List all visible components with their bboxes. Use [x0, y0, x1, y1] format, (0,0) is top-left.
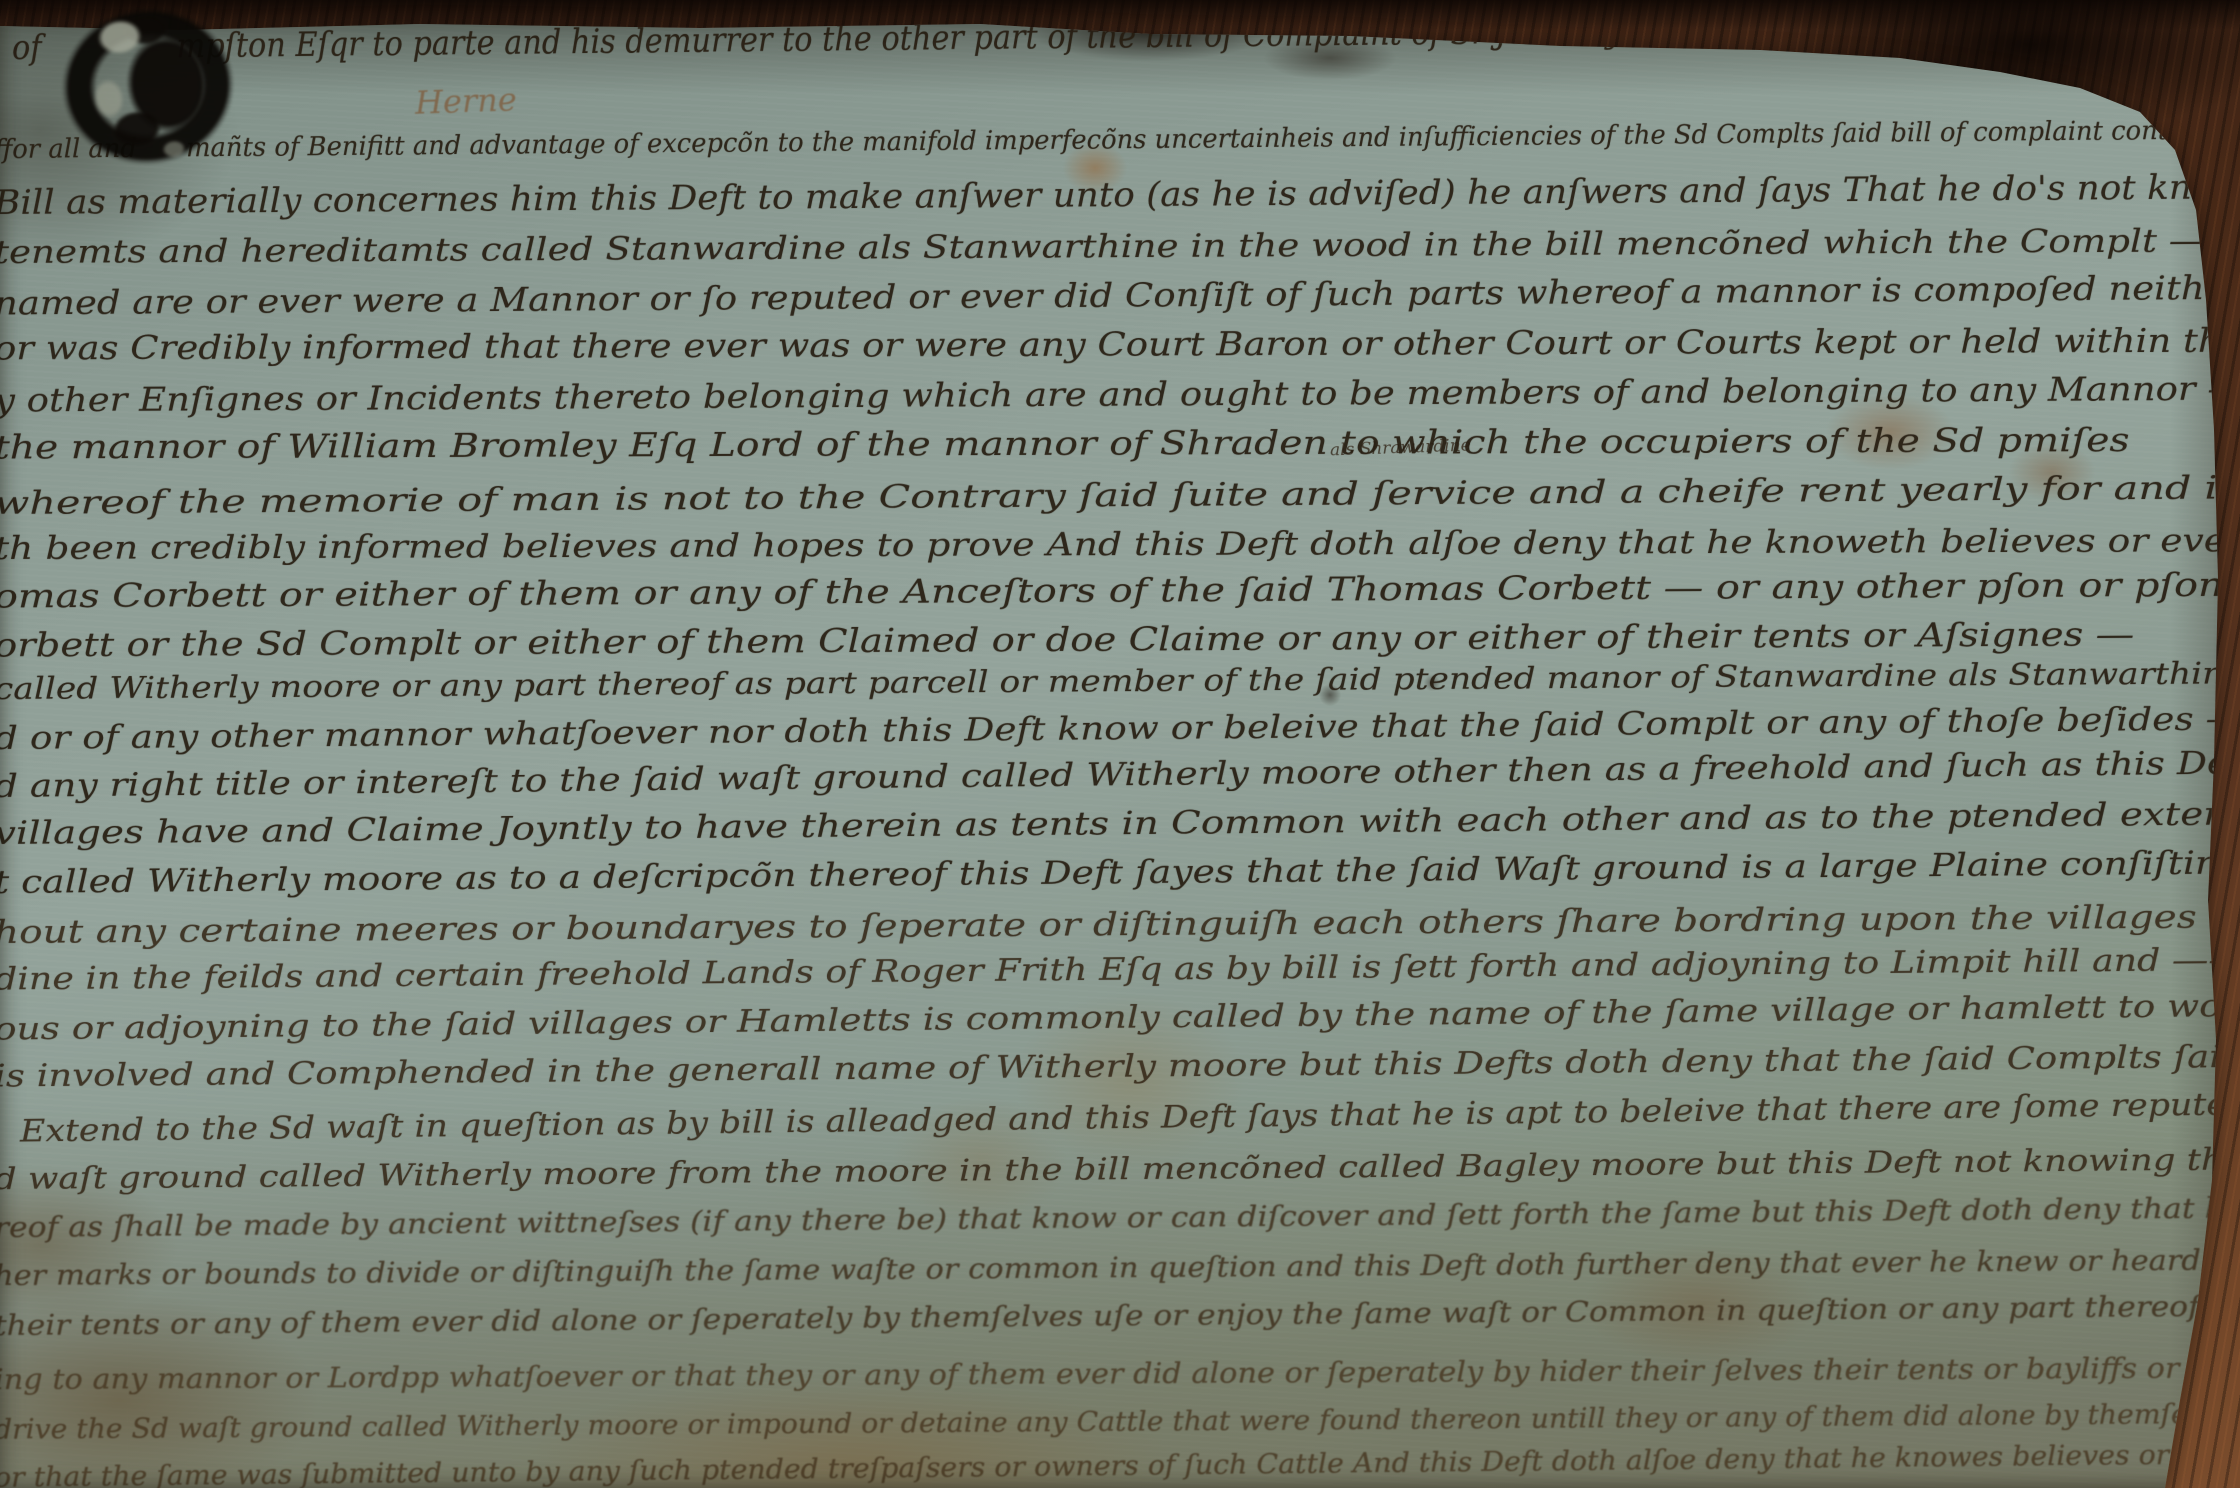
manuscript-line: called Witherly moore or any part thereo…	[0, 659, 2240, 705]
manuscript-line: whereof the memorie of man is not to the…	[0, 471, 2240, 519]
manuscript-line: d waſt ground called Witherly moore from…	[0, 1145, 2240, 1195]
manuscript-line: ing to any mannor or Lordpp whatſoever o…	[0, 1354, 2240, 1394]
manuscript-line: hout any certaine meeres or boundaryes t…	[0, 900, 2240, 948]
manuscript-line: Bill as materially concernes him this De…	[0, 170, 2240, 220]
manuscript-line: villages have and Claime Joyntly to have…	[0, 797, 2240, 849]
parchment-wrap: Herne als Shrawardine of mpſton Eſqr to …	[0, 0, 2240, 1488]
manuscript-line: orbett or the Sd Complt or either of the…	[0, 617, 2134, 661]
manuscript-line: Extend to the Sd waſt in queſtion as by …	[20, 1089, 2240, 1147]
manuscript-line: t called Witherly moore as to a deſcripc…	[0, 846, 2240, 898]
manuscript-line: dine in the feilds and certain freehold …	[0, 945, 2240, 996]
manuscript-line: y other Enſignes or Incidents thereto be…	[0, 372, 2240, 417]
manuscript-line: ous or adjoyning to the ſaid villages or…	[0, 991, 2240, 1046]
manuscript-line: of mpſton Eſqr to parte and his demurrer…	[12, 10, 2063, 65]
circular-ink-stamp-icon	[44, 0, 253, 182]
manuscript-line: her marks or bounds to divide or diſting…	[0, 1246, 2240, 1290]
parchment-document: Herne als Shrawardine of mpſton Eſqr to …	[0, 0, 2240, 1488]
manuscript-line: their tents or any of them ever did alon…	[0, 1292, 2240, 1340]
wood-table-background: Herne als Shrawardine of mpſton Eſqr to …	[0, 0, 2240, 1488]
manuscript-line: omas Corbett or either of them or any of…	[0, 568, 2240, 613]
manuscript-line: is involved and Comphended in the genera…	[0, 1042, 2240, 1093]
manuscript-line: th been credibly informed believes and h…	[0, 524, 2240, 564]
manuscript-line: ffor all and mañts of Benifitt and advan…	[0, 117, 2240, 163]
marginal-note-herne: Herne	[414, 80, 517, 122]
manuscript-line: the mannor of William Bromley Eſq Lord o…	[0, 423, 2130, 463]
manuscript-line: reof as ſhall be made by ancient wittneſ…	[0, 1194, 2240, 1242]
manuscript-line: or was Credibly informed that there ever…	[0, 324, 2240, 365]
manuscript-line: tenemts and hereditamts called Stanwardi…	[0, 224, 2240, 268]
manuscript-line: d any right title or intereſt to the ſai…	[0, 746, 2240, 802]
manuscript-line: or that the ſame was ſubmitted unto by a…	[0, 1441, 2240, 1488]
manuscript-line: named are or ever were a Mannor or ſo re…	[0, 271, 2240, 320]
manuscript-line: drive the Sd waſt ground called Witherly…	[0, 1401, 2240, 1444]
